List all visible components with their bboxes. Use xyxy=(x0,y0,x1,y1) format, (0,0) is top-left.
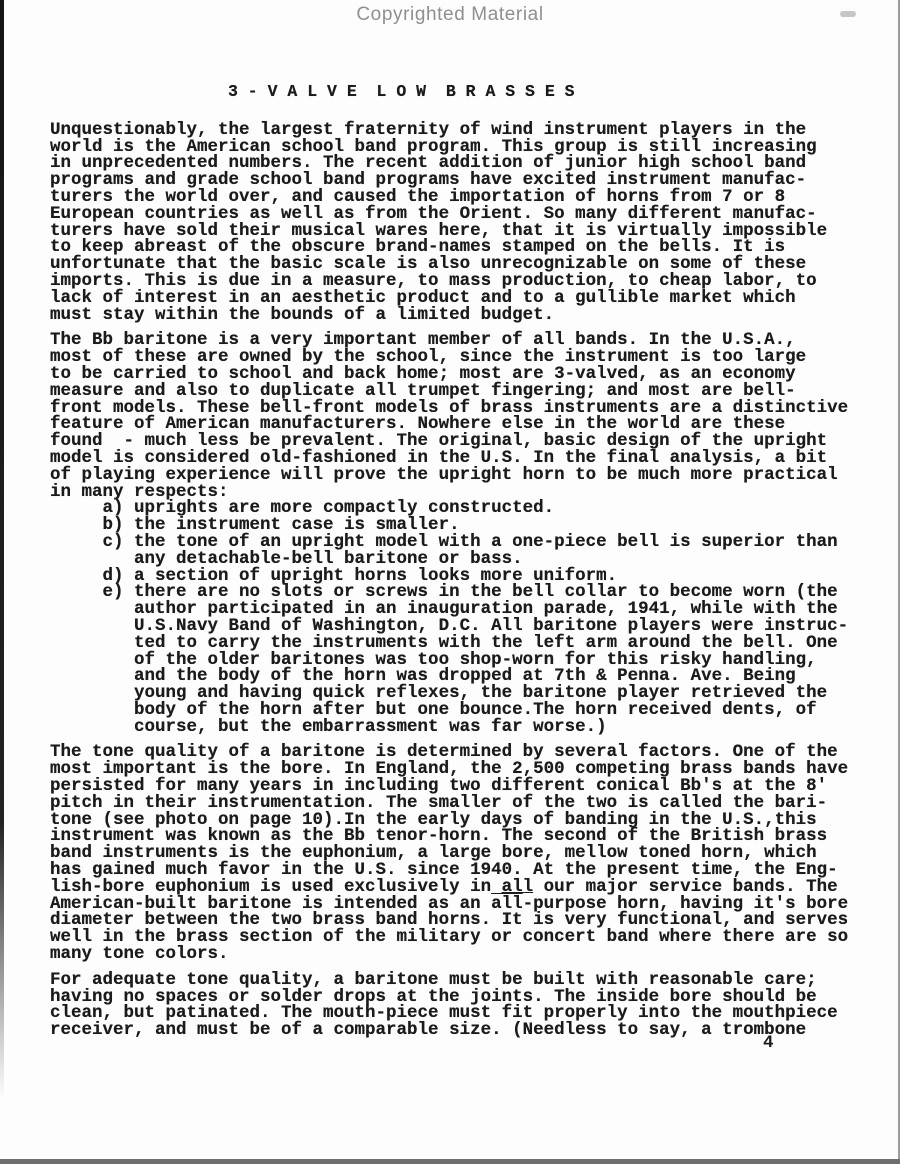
scan-edge-left xyxy=(0,0,4,1098)
text-line: any detachable-bell baritone or bass. xyxy=(50,551,862,568)
scanned-page: Copyrighted Material 3 - V A L V E L O W… xyxy=(0,0,900,1164)
paragraph-construction: For adequate tone quality, a baritone mu… xyxy=(50,972,862,1039)
text-line: ted to carry the instruments with the le… xyxy=(50,635,862,652)
text-line: many tone colors. xyxy=(50,946,862,963)
text-line: receiver, and must be of a comparable si… xyxy=(50,1022,862,1039)
page-body-text: 3 - V A L V E L O W B R A S S E S Unques… xyxy=(50,84,862,1048)
scan-edge-bottom xyxy=(0,1159,900,1164)
paragraph-baritone-and-list: The Bb baritone is a very important memb… xyxy=(50,332,862,735)
copyright-watermark: Copyrighted Material xyxy=(0,4,900,26)
paragraph-intro: Unquestionably, the largest fraternity o… xyxy=(50,122,862,324)
paragraph-tone-quality: The tone quality of a baritone is determ… xyxy=(50,744,862,962)
page-number: 4 xyxy=(763,1033,774,1053)
text-line: must stay within the bounds of a limited… xyxy=(50,307,862,324)
text-line: of playing experience will prove the upr… xyxy=(50,467,862,484)
page-title: 3 - V A L V E L O W B R A S S E S xyxy=(228,84,862,101)
text-line: course, but the embarrassment was far wo… xyxy=(50,719,862,736)
